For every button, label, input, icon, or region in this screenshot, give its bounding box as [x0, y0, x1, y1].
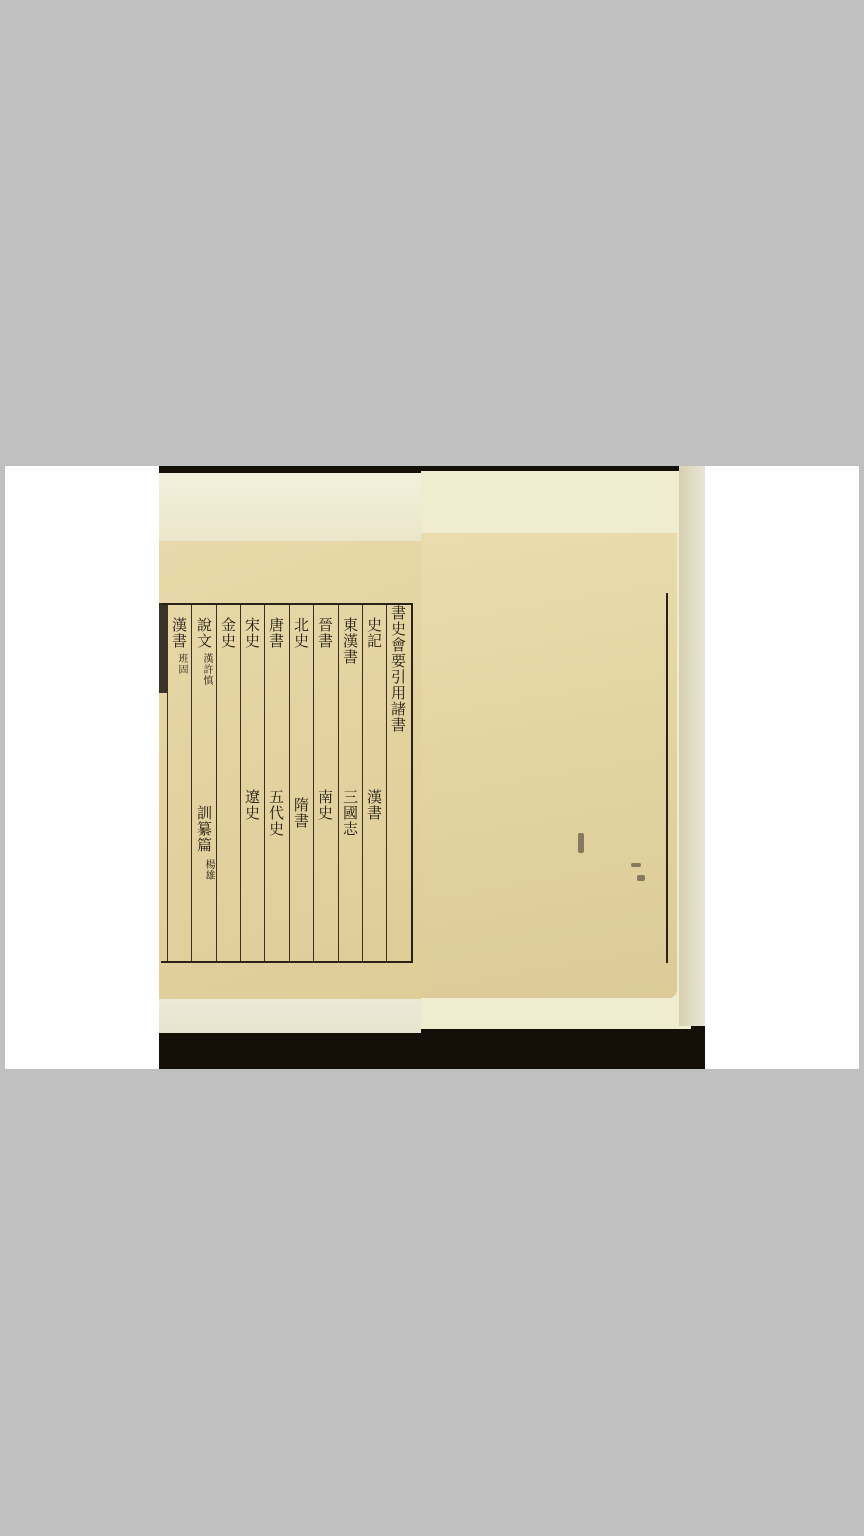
- right-page-paper: [421, 533, 677, 998]
- book-scan: 書史會要引用諸書 史記 東漢書 晉書 北史 唐書 宋史 金史 說文 漢許慎 漢書…: [159, 466, 705, 1069]
- ink-stain: [578, 833, 584, 853]
- entry: 漢書: [365, 789, 383, 821]
- entry: 南史: [316, 789, 334, 821]
- entry-note: 楊雄: [202, 859, 214, 881]
- entry: 五代史: [267, 789, 285, 837]
- ink-stain: [631, 863, 641, 867]
- entry: 訓纂篇: [195, 805, 213, 853]
- entry: 晉書: [316, 617, 334, 649]
- entry: 遼史: [243, 789, 261, 821]
- border-rule: [666, 593, 668, 963]
- entry: 宋史: [243, 617, 261, 649]
- top-flyleaf: [159, 473, 421, 541]
- column-grid: [161, 603, 413, 963]
- page-stack-edge: [679, 466, 705, 1026]
- entry: 金史: [219, 617, 237, 649]
- left-page-paper: 書史會要引用諸書 史記 東漢書 晉書 北史 唐書 宋史 金史 說文 漢許慎 漢書…: [159, 541, 421, 999]
- entry: 漢書: [170, 617, 188, 649]
- entry: 三國志: [341, 789, 359, 837]
- ink-stain: [637, 875, 645, 881]
- entry: 說文: [195, 617, 213, 649]
- entry: 北史: [292, 617, 310, 649]
- entry-note: 班固: [175, 653, 187, 675]
- list-title: 書史會要引用諸書: [389, 605, 407, 733]
- entry: 隋書: [292, 797, 310, 829]
- entry: 東漢書: [341, 617, 359, 665]
- left-page: 書史會要引用諸書 史記 東漢書 晉書 北史 唐書 宋史 金史 說文 漢許慎 漢書…: [159, 473, 421, 1033]
- bottom-flyleaf: [159, 999, 421, 1033]
- entry-note: 漢許慎: [200, 653, 212, 686]
- right-page: [421, 471, 691, 1029]
- entry: 史記: [365, 617, 383, 649]
- entry: 唐書: [267, 617, 285, 649]
